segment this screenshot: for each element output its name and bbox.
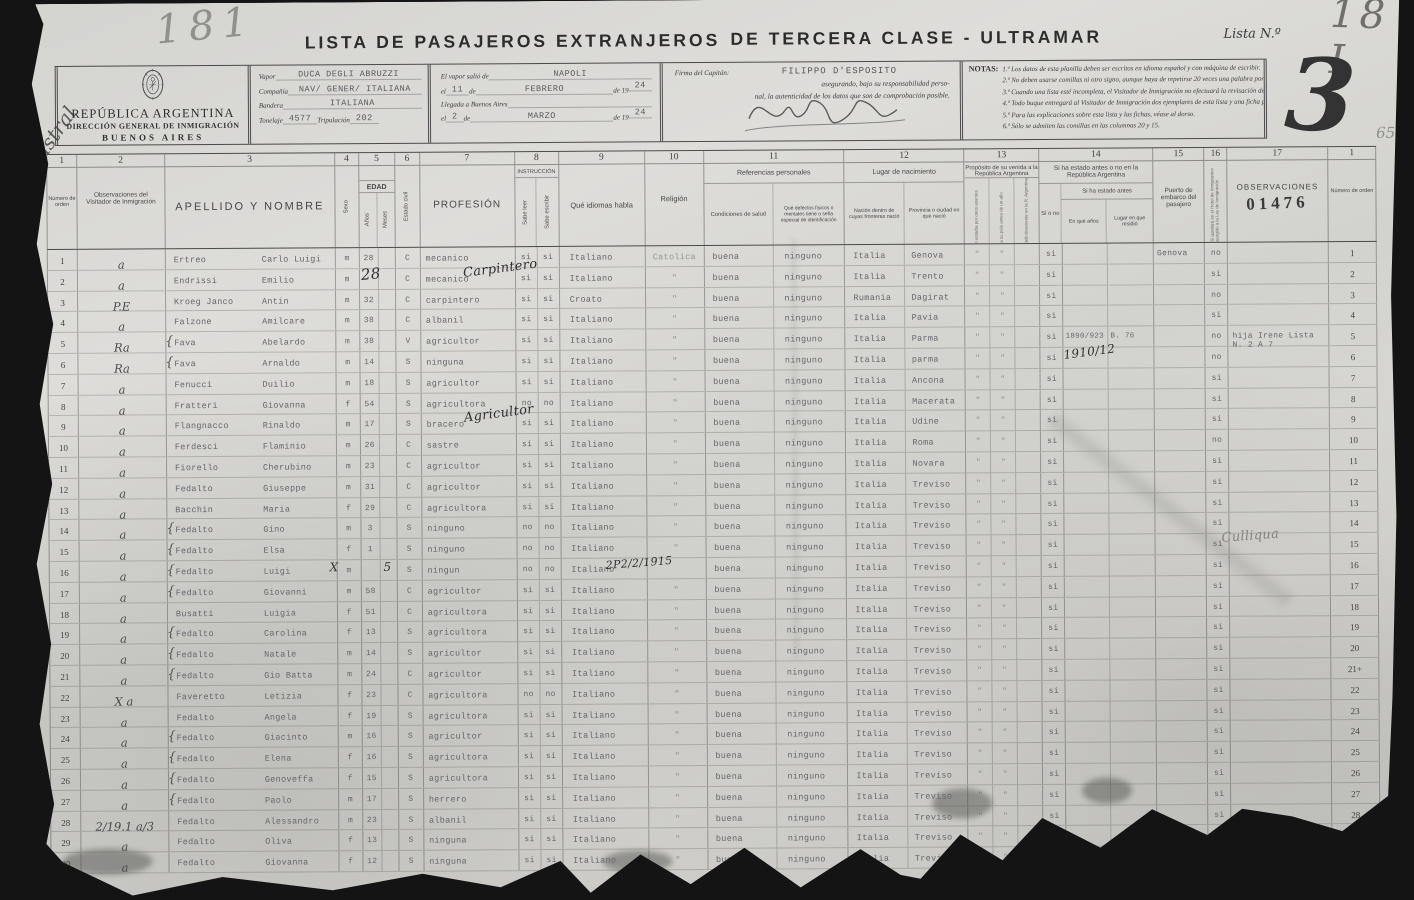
nota-item: 6.ª Sólo se admiten las comillas en las …	[1003, 119, 1267, 132]
cell-civil-status: S	[398, 726, 423, 746]
cell-observations	[1230, 658, 1331, 678]
cell-defects: ninguno	[777, 661, 848, 681]
cell-purpose-mark-2: "	[994, 847, 1019, 867]
cell-can-write: si	[538, 413, 560, 433]
cell-given-name: Emilio	[262, 269, 336, 289]
bandera-label: Bandera	[259, 102, 283, 110]
cell-order-number: 4	[48, 312, 78, 332]
cell-embark-port	[1156, 638, 1207, 658]
cell-defects: ninguno	[776, 557, 847, 577]
cell-given-name: Genoveffa	[265, 768, 339, 788]
header-age-years: Años	[365, 213, 372, 226]
cell-embark-port	[1156, 596, 1207, 616]
cell-embark-port	[1154, 264, 1205, 284]
cell-defects: ninguno	[777, 703, 848, 723]
cell-language: Italiano	[562, 745, 648, 765]
cell-visitor-observations: a	[80, 540, 168, 560]
cell-purpose-mark-1: "	[967, 639, 992, 659]
cell-given-name: Arnaldo	[262, 352, 336, 372]
cell-hotel: si	[1206, 492, 1229, 512]
cell-order-number-right: 28	[1332, 803, 1380, 823]
cell-place-resided	[1110, 638, 1156, 658]
cell-language: Italiano	[563, 808, 649, 828]
cell-age-years: 23	[362, 685, 381, 705]
cell-years-before	[1066, 680, 1111, 700]
cell-embark-port	[1155, 472, 1206, 492]
cell-birth-province: Treviso	[907, 473, 967, 493]
cell-observations	[1230, 554, 1331, 574]
cell-place-resided	[1112, 846, 1158, 866]
cell-purpose-mark-2: "	[993, 743, 1018, 763]
cell-religion: "	[645, 267, 704, 287]
cell-birth-province: Trento	[905, 265, 965, 285]
cell-sex: f	[339, 830, 363, 850]
cell-sex: m	[336, 269, 360, 289]
cell-defects: ninguno	[774, 287, 845, 307]
cell-order-number-right: 13	[1330, 491, 1378, 511]
cell-birth-nation: Italia	[845, 266, 905, 286]
cell-can-write: no	[539, 559, 561, 579]
cell-birth-province: Novara	[906, 452, 966, 472]
vapor-value: DUCA DEGLI ABRUZZI	[275, 69, 421, 81]
cell-age-months	[381, 685, 398, 705]
cell-been-before: si	[1043, 660, 1066, 680]
cell-age-months	[380, 518, 397, 538]
voyage-details-box: El vapor salió de NAPOLI el 11 de FEBRER…	[428, 63, 660, 142]
cell-given-name: Maria	[263, 498, 337, 518]
cell-profession: agricultor	[423, 663, 518, 683]
cell-age-months	[379, 393, 396, 413]
cell-embark-port	[1155, 409, 1206, 429]
cell-order-number-right: 25	[1332, 741, 1380, 761]
cell-given-name: Flaminio	[263, 435, 337, 455]
cell-birth-nation: Italia	[846, 328, 906, 348]
cell-birth-province: Parma	[906, 328, 966, 348]
cell-embark-port	[1157, 784, 1208, 804]
cell-observations	[1230, 575, 1331, 595]
cell-age-months	[382, 747, 399, 767]
cell-language: Italiano	[560, 371, 646, 391]
cell-given-name: Angela	[264, 706, 338, 726]
cell-sex: m	[339, 789, 363, 809]
cell-embark-port	[1156, 534, 1207, 554]
cell-birth-nation: Italia	[846, 349, 906, 369]
cell-visitor-observations: a	[81, 769, 169, 789]
cell-age-years: 13	[362, 622, 381, 642]
cell-profession: agricultor	[423, 725, 518, 745]
cell-given-name: Elena	[265, 747, 339, 767]
col-num: 14	[1039, 148, 1153, 161]
col-num: 4	[335, 153, 359, 165]
cell-order-number: 14	[49, 520, 79, 540]
cell-observations	[1229, 409, 1330, 429]
cell-observations	[1229, 388, 1330, 408]
cell-can-write: si	[538, 288, 560, 308]
cell-purpose-mark-3	[1018, 660, 1043, 680]
cell-given-name: Rinaldo	[263, 415, 337, 435]
cell-visitor-observations: a	[79, 374, 167, 394]
cell-purpose-mark-3	[1019, 826, 1044, 846]
cell-hotel: si	[1208, 804, 1231, 824]
cell-age-months	[379, 248, 396, 268]
cell-profession: agricultora	[423, 705, 518, 725]
cell-birth-province: Treviso	[908, 660, 968, 680]
cell-civil-status: S	[396, 373, 421, 393]
cell-can-read: si	[518, 746, 540, 766]
cell-sex: f	[337, 498, 361, 518]
cell-order-number-right: 7	[1330, 367, 1378, 387]
cell-order-number-right: 27	[1332, 783, 1380, 803]
cell-age-months	[381, 705, 398, 725]
cell-surname: Fedalto	[169, 831, 265, 851]
cell-place-resided	[1110, 618, 1156, 638]
cell-observations	[1229, 367, 1330, 387]
cell-sex: m	[336, 290, 360, 310]
cell-observations	[1231, 721, 1332, 741]
cell-order-number: 20	[50, 645, 80, 665]
tripulacion-value: 202	[350, 112, 379, 123]
cell-sex: m	[336, 352, 360, 372]
cell-purpose-mark-1: "	[968, 723, 993, 743]
cell-purpose-mark-2: "	[993, 681, 1018, 701]
cell-age-years: 58	[362, 581, 381, 601]
header-observations: OBSERVACIONES	[1227, 182, 1327, 192]
cell-health: buena	[706, 578, 776, 598]
cell-defects: ninguno	[775, 391, 846, 411]
cell-been-before: si	[1042, 514, 1065, 534]
cell-sex: f	[339, 768, 363, 788]
cell-sex: f	[338, 685, 362, 705]
cell-observations	[1231, 700, 1332, 720]
header-age: EDAD	[359, 180, 394, 193]
cell-purpose-mark-2: "	[990, 286, 1015, 306]
cell-been-before: si	[1040, 285, 1063, 305]
cell-civil-status: C	[398, 664, 423, 684]
cell-given-name: Gino	[263, 519, 337, 539]
cell-can-read: si	[519, 829, 541, 849]
cell-profession: ninguno	[422, 538, 517, 558]
cell-order-number: 22	[50, 687, 80, 707]
cell-order-number-right: 11	[1330, 450, 1378, 470]
col-num: 17	[1227, 147, 1328, 160]
cell-purpose-mark-3	[1016, 390, 1041, 410]
col-num: 5	[359, 153, 395, 165]
cell-language: Italiano	[563, 849, 649, 869]
cell-purpose-mark-3	[1017, 639, 1042, 659]
cell-health: buena	[707, 641, 777, 661]
cell-hotel: si	[1206, 368, 1229, 388]
cell-birth-province: Treviso	[908, 764, 968, 784]
cell-been-before: si	[1041, 410, 1064, 430]
cell-language: Italiano	[560, 413, 646, 433]
cell-sex: m	[338, 664, 362, 684]
header-been-before-sub: Si ha estado antes	[1062, 183, 1153, 200]
header-place-resided: Lugar en que residió	[1107, 215, 1153, 227]
cell-purpose-mark-3	[1015, 265, 1040, 285]
cell-given-name: Carlo Luigi	[262, 248, 336, 268]
cell-birth-province: Genova	[905, 244, 965, 264]
header-can-write: Sabe escribir	[544, 195, 551, 229]
cell-purpose-mark-3	[1018, 722, 1043, 742]
cell-can-write: si	[540, 663, 562, 683]
cell-surname: {Fedalto	[168, 665, 264, 685]
cell-purpose-mark-1: "	[967, 535, 992, 555]
cell-visitor-observations: a	[80, 624, 168, 644]
cell-place-resided	[1109, 410, 1155, 430]
cell-place-resided	[1111, 701, 1157, 721]
cell-religion: "	[649, 787, 708, 807]
cell-can-write: si	[537, 247, 559, 267]
cell-can-write: si	[539, 476, 561, 496]
cell-religion: "	[647, 516, 706, 536]
cell-order-number: 3	[48, 291, 78, 311]
cell-purpose-mark-1: "	[966, 473, 991, 493]
header-yes-no: Sí o no	[1041, 210, 1059, 216]
cell-place-resided	[1108, 285, 1154, 305]
salio-month: FEBRERO	[476, 83, 614, 95]
cell-embark-port	[1157, 700, 1208, 720]
cell-been-before: si	[1041, 369, 1064, 389]
cell-age-months	[381, 601, 398, 621]
cell-hotel: no	[1206, 430, 1229, 450]
cell-surname: {Fava	[166, 332, 262, 352]
cell-years-before	[1066, 743, 1111, 763]
cell-years-before	[1064, 389, 1109, 409]
cell-health: buena	[707, 662, 777, 682]
cell-purpose-mark-1: "	[969, 847, 994, 867]
cell-purpose-mark-2: "	[991, 410, 1016, 430]
cell-age-years: 1	[361, 539, 380, 559]
cell-surname: {Fedalto	[169, 727, 265, 747]
cell-can-write: si	[540, 725, 562, 745]
cell-defects: ninguno	[775, 370, 846, 390]
cell-language: Italiano	[561, 434, 647, 454]
cell-civil-status: S	[397, 560, 422, 580]
cell-purpose-mark-2: "	[992, 556, 1017, 576]
cell-surname: {Fedalto	[169, 789, 265, 809]
cell-purpose-mark-2: "	[993, 702, 1018, 722]
cell-can-write: si	[541, 788, 563, 808]
cell-purpose-mark-2: "	[993, 722, 1018, 742]
cell-given-name: Paolo	[265, 789, 339, 809]
cell-birth-province: Macerata	[906, 390, 966, 410]
cell-profession: ningun	[422, 559, 517, 579]
cell-embark-port	[1157, 721, 1208, 741]
cell-order-number: 27	[51, 791, 81, 811]
cell-can-write: si	[540, 621, 562, 641]
cell-given-name: Giovanna	[265, 851, 339, 871]
cell-defects: ninguno	[776, 474, 847, 494]
cell-religion: "	[646, 412, 705, 432]
cell-hotel: si	[1208, 784, 1231, 804]
cell-language: Italiano	[562, 683, 648, 703]
cell-civil-status: C	[398, 580, 423, 600]
cell-purpose-mark-3	[1015, 286, 1040, 306]
cell-civil-status: C	[397, 435, 422, 455]
cell-defects: ninguno	[776, 495, 847, 515]
cell-birth-nation: Italia	[849, 827, 909, 847]
cell-birth-province: Treviso	[908, 744, 968, 764]
header-embark-port: Puerto de embarco del pasajero	[1154, 187, 1204, 208]
cell-sex: m	[338, 643, 362, 663]
cell-age-months	[379, 373, 396, 393]
cell-age-months	[382, 830, 399, 850]
cell-purpose-mark-1: "	[968, 806, 993, 826]
cell-given-name: Elsa	[263, 539, 337, 559]
cell-purpose-mark-3	[1016, 473, 1041, 493]
cell-place-resided	[1110, 534, 1156, 554]
cell-purpose-mark-1: "	[967, 577, 992, 597]
cell-hotel: si	[1208, 721, 1231, 741]
cell-order-number-right	[1332, 845, 1380, 865]
cell-given-name: Luigia	[264, 602, 338, 622]
cell-health: buena	[708, 786, 778, 806]
cell-civil-status: C	[398, 684, 423, 704]
cell-age-years: 51	[362, 602, 381, 622]
cell-embark-port	[1156, 513, 1207, 533]
cell-language: Italiano	[561, 538, 647, 558]
cell-order-number-right	[1332, 824, 1380, 844]
cell-been-before: si	[1044, 847, 1067, 867]
cell-purpose-mark-2: "	[993, 806, 1018, 826]
cell-visitor-observations: a	[81, 852, 169, 872]
cell-order-number: 30	[51, 853, 81, 873]
cell-observations	[1231, 762, 1332, 782]
cell-given-name: Cherubino	[263, 456, 337, 476]
scanned-document-page: 181 trafistral 18 I 3 65 LISTA DE PASAJE…	[0, 0, 1414, 900]
table-header-row: Número de orden Observaciones del Visita…	[46, 160, 1376, 250]
cell-visitor-observations: a	[79, 395, 167, 415]
cell-religion: "	[648, 724, 707, 744]
cell-profession: ninguna	[424, 829, 519, 849]
cell-civil-status: C	[398, 601, 423, 621]
cell-been-before: si	[1042, 535, 1065, 555]
cell-purpose-mark-2: "	[992, 494, 1017, 514]
cell-years-before	[1065, 514, 1110, 534]
cell-language: Italiano	[562, 725, 648, 745]
cell-age-years: 26	[361, 435, 380, 455]
cell-surname: Flangnacco	[167, 415, 263, 435]
cell-visitor-observations: a	[79, 520, 167, 540]
cell-health: buena	[705, 287, 775, 307]
cell-purpose-mark-3	[1016, 327, 1041, 347]
cell-defects: ninguno	[775, 412, 846, 432]
cell-given-name: Giuseppe	[263, 477, 337, 497]
cell-years-before	[1064, 452, 1109, 472]
cell-language: Italiano	[559, 267, 645, 287]
cell-purpose-mark-2: "	[991, 473, 1016, 493]
cell-visitor-observations: a	[79, 457, 167, 477]
cell-civil-status: S	[399, 851, 424, 871]
cell-age-months	[381, 622, 398, 642]
cell-birth-nation: Italia	[848, 640, 908, 660]
cell-surname: Faveretto	[168, 685, 264, 705]
cell-order-number: 15	[50, 541, 80, 561]
cell-been-before: si	[1041, 389, 1064, 409]
cell-sex: m	[339, 810, 363, 830]
cell-purpose-mark-1: "	[967, 556, 992, 576]
cell-birth-province: Roma	[906, 432, 966, 452]
cell-birth-province: Treviso	[909, 806, 969, 826]
cell-can-write: si	[538, 309, 560, 329]
cell-place-resided	[1111, 680, 1157, 700]
cell-sex: f	[336, 394, 360, 414]
cell-been-before: si	[1042, 556, 1065, 576]
cell-years-before	[1063, 285, 1108, 305]
cell-can-write: no	[539, 538, 561, 558]
org-country: REPÚBLICA ARGENTINA	[58, 106, 248, 122]
cell-birth-nation: Italia	[847, 578, 907, 598]
cell-given-name: Giovanni	[264, 581, 338, 601]
cell-place-resided	[1108, 264, 1154, 284]
cell-embark-port	[1154, 285, 1205, 305]
cell-years-before	[1066, 722, 1111, 742]
cell-age-months	[379, 289, 396, 309]
cell-purpose-mark-3	[1017, 494, 1042, 514]
cell-defects: ninguno	[777, 744, 848, 764]
cell-religion: "	[646, 308, 705, 328]
lista-number-label: Lista N.º	[1223, 26, 1280, 41]
stamp-number: 01476	[1227, 191, 1328, 215]
tonelaje-label: Tonelaje	[259, 116, 283, 124]
cell-health: buena	[706, 495, 776, 515]
cell-order-number-right: 17	[1331, 575, 1379, 595]
cell-civil-status: S	[399, 788, 424, 808]
cell-age-years: 17	[363, 789, 382, 809]
cell-observations	[1229, 346, 1330, 366]
captain-signature-box: Firma del Capitán: FILIPPO D'ESPOSITO as…	[660, 61, 960, 141]
cell-profession: agricultora	[424, 767, 519, 787]
cell-purpose-mark-3	[1018, 743, 1043, 763]
cell-can-read: si	[517, 497, 539, 517]
cell-age-months	[380, 414, 397, 434]
cell-can-write: si	[539, 496, 561, 516]
cell-purpose-mark-2: "	[992, 639, 1017, 659]
cell-been-before: si	[1043, 805, 1066, 825]
cell-embark-port	[1155, 389, 1206, 409]
cell-sex: m	[337, 435, 361, 455]
cell-surname: Fedalto	[169, 810, 265, 830]
cell-place-resided	[1109, 368, 1155, 388]
cell-birth-province: Treviso	[909, 827, 969, 847]
cell-profession: albanil	[421, 310, 516, 330]
cell-order-number: 18	[50, 603, 80, 623]
cell-sex: m	[336, 331, 360, 351]
header-which-years: En qué años	[1069, 218, 1099, 224]
header-visitor-observations: Observaciones del Visitador de Inmigraci…	[77, 191, 164, 206]
cell-birth-nation: Italia	[848, 744, 908, 764]
cell-place-resided	[1111, 784, 1157, 804]
cell-profession: agricultora	[423, 601, 518, 621]
cell-civil-status: S	[397, 539, 422, 559]
cell-birth-province: Pavia	[905, 307, 965, 327]
cell-religion: "	[647, 454, 706, 474]
cell-purpose-mark-1: "	[967, 619, 992, 639]
cell-been-before: si	[1044, 826, 1067, 846]
cell-health: buena	[705, 412, 775, 432]
notes-box: NOTAS: 1.ª Los datos de esta planilla de…	[960, 60, 1267, 140]
cell-purpose-mark-1: "	[968, 764, 993, 784]
cell-years-before	[1067, 847, 1112, 867]
cell-place-resided	[1112, 826, 1158, 846]
cell-visitor-observations: a	[79, 416, 167, 436]
cell-visitor-observations: a	[81, 728, 169, 748]
cell-visitor-observations: P.E	[78, 291, 166, 311]
cell-been-before: si	[1040, 244, 1063, 264]
col-num: 6	[395, 153, 420, 165]
header-purpose: Propósito de su venida a la República Ar…	[965, 162, 1039, 178]
passenger-table: 1 2 3 4 5 6 7 8 9 10 11 12 13 14 15 16 1…	[46, 146, 1380, 874]
